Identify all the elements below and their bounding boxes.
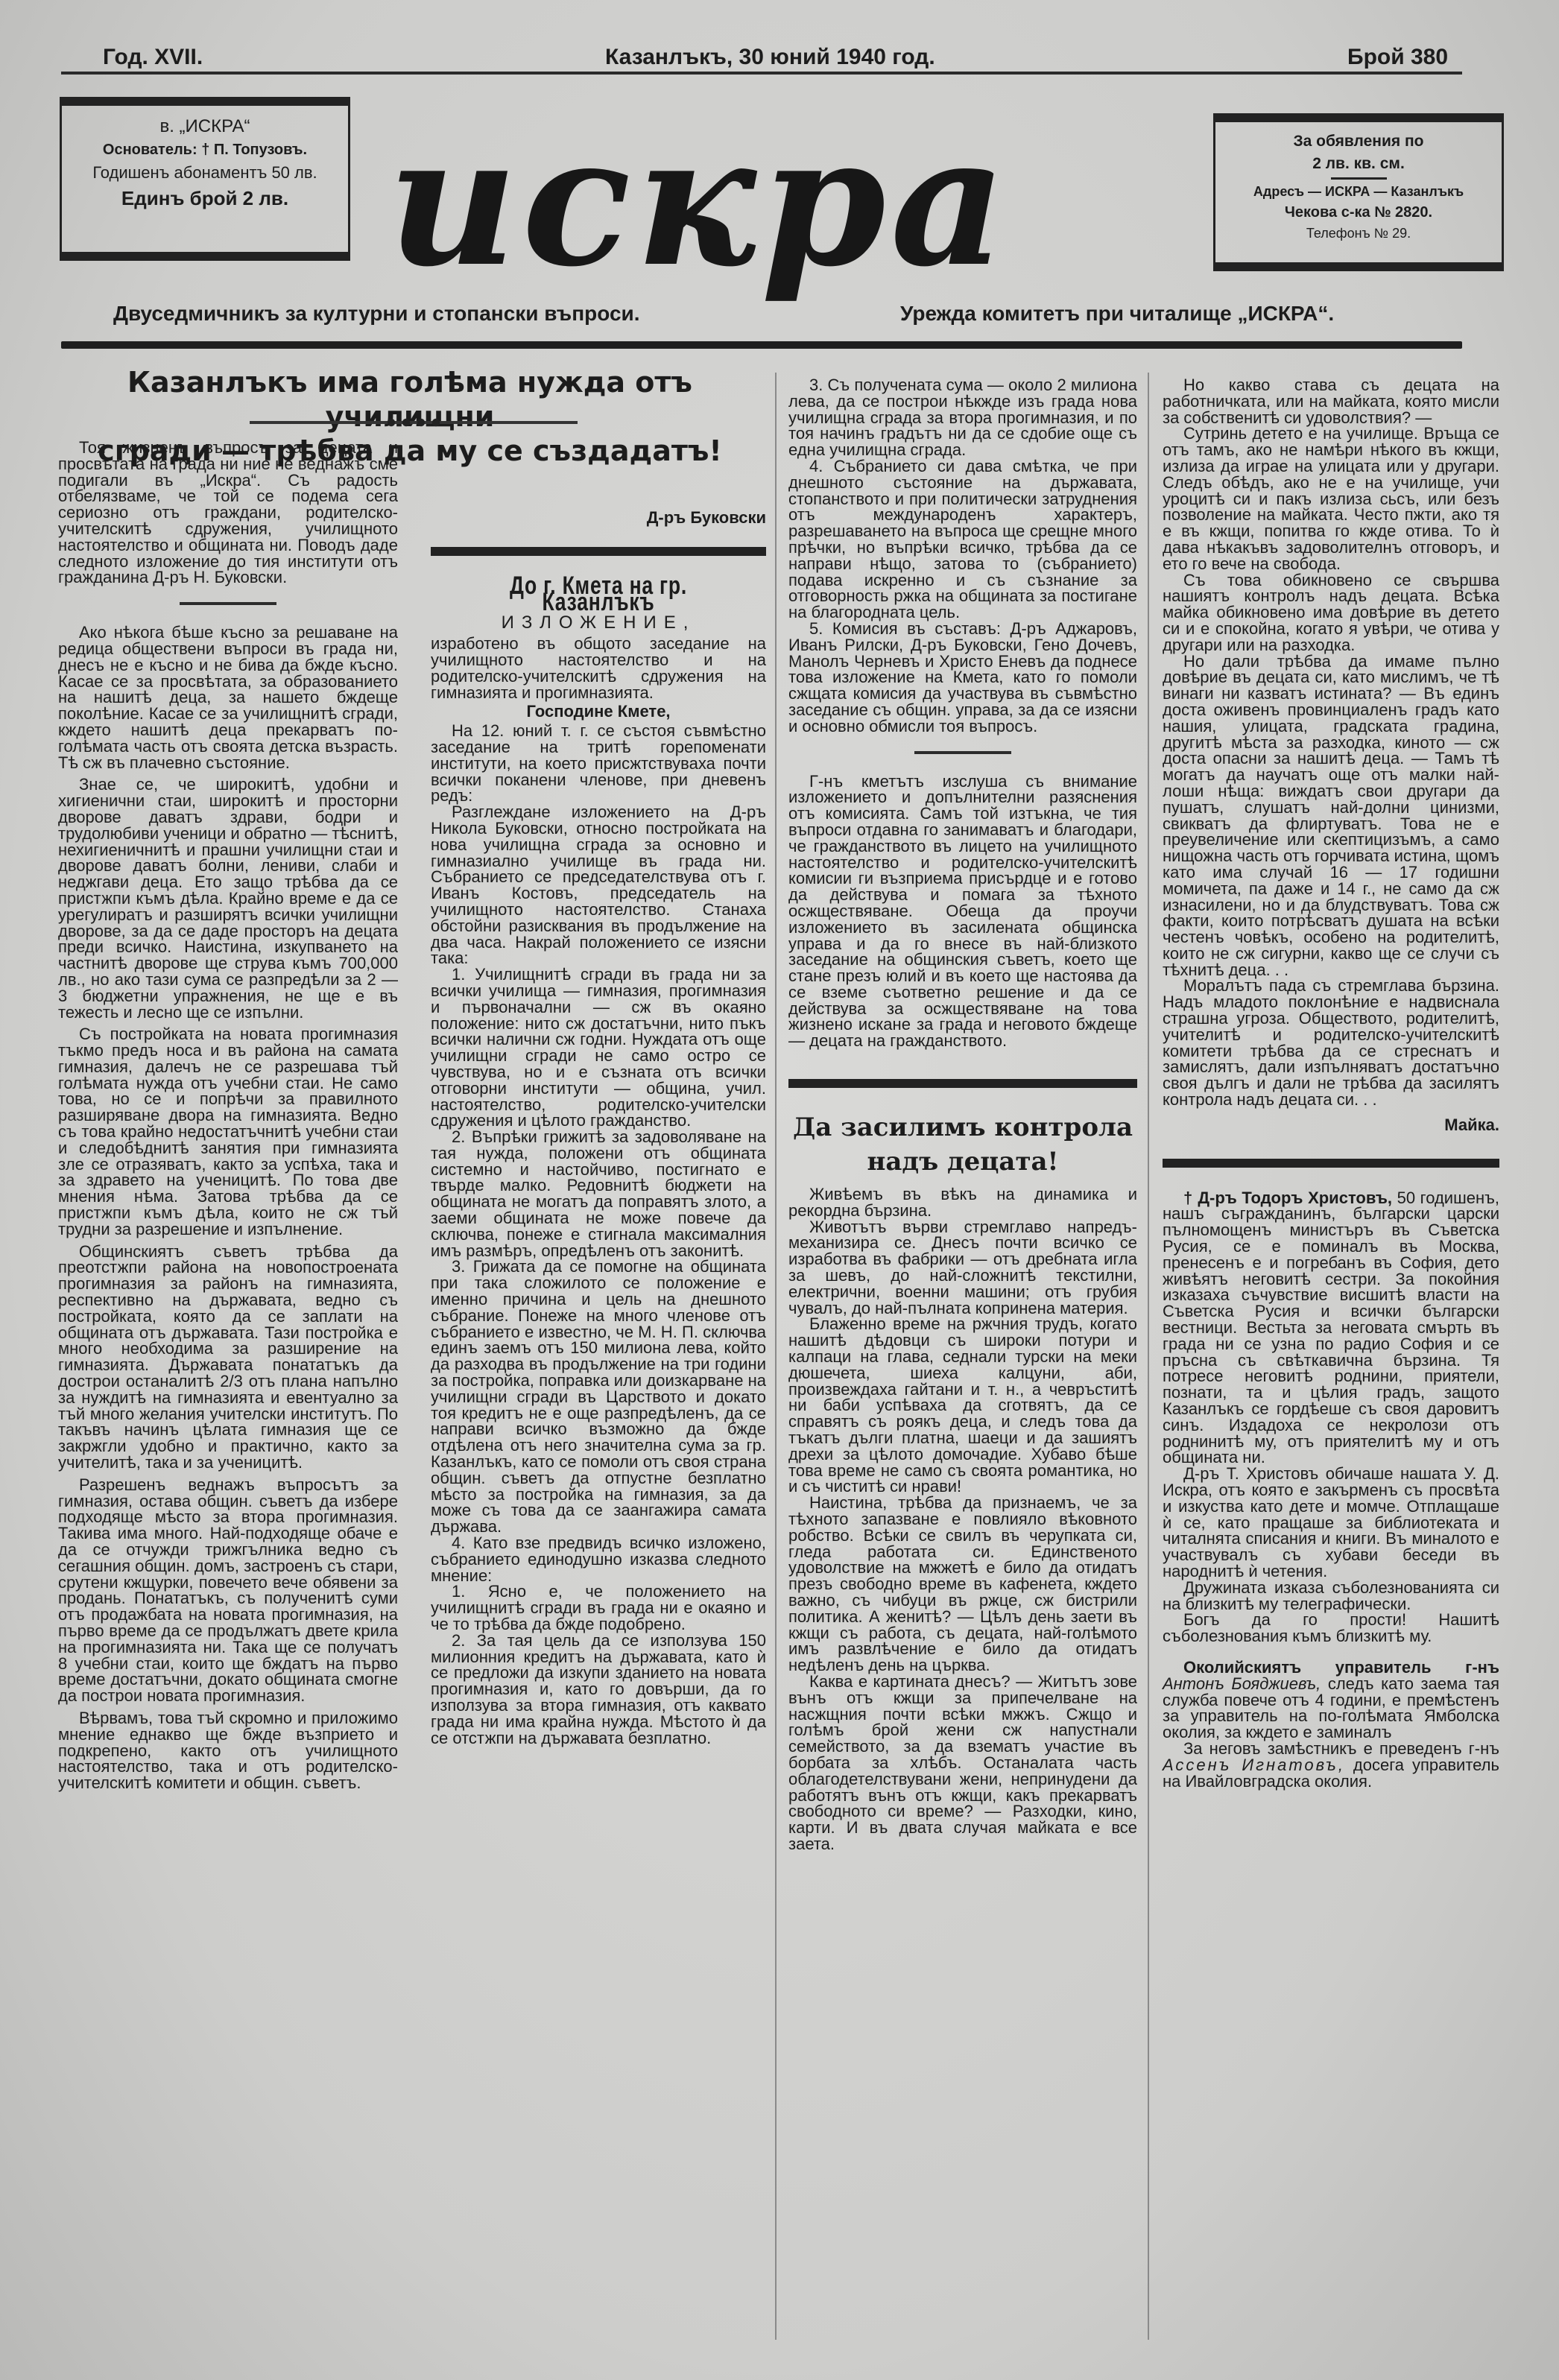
article2-paragraph: 3. Съ получената сума — около 2 милиона … (788, 377, 1137, 458)
newspaper-page: Год. XVII. Казанлъкъ, 30 юний 1940 год. … (0, 0, 1559, 2380)
article3-paragraph: Блаженно време на ржчния трудъ, когато н… (788, 1316, 1137, 1495)
article2-paragraph: 2. За тая цель да се използува 150 милио… (431, 1633, 766, 1747)
article3-title-line2: надъ децата! (788, 1145, 1137, 1179)
ad-rate-line1: За обявления по (1215, 133, 1502, 151)
article2-paragraph: 3. Грижата да се помогне на общината при… (431, 1259, 766, 1535)
obituary-paragraph: Дружината изказа съболезнованията си на … (1163, 1580, 1499, 1612)
column-2: Д-ръ Буковски До г. Кмета на гр. Казанлъ… (431, 440, 766, 1746)
article1-intro: Тоя жизненъ въпросъ за децата и просвѣта… (58, 440, 398, 586)
article2-paragraph: На 12. юний т. г. се състоя съвмѣстно за… (431, 723, 766, 804)
article2-lead: изработено въ общото заседание на училищ… (431, 636, 766, 700)
masthead-subtitle-right: Урежда комитетъ при читалище „ИСКРА“. (900, 302, 1334, 326)
article3-title-line1: Да засилимъ контрола (788, 1110, 1137, 1145)
article1-paragraph: Вѣрвамъ, това тъй скромно и приложимо мн… (58, 1710, 398, 1791)
advertising-box: За обявления по 2 лв. кв. см. Адресъ — И… (1213, 113, 1504, 262)
masthead-subtitle-left: Двуседмичникъ за културни и стопански въ… (113, 302, 640, 326)
article1-paragraph: Съ постройката на новата прогимназия тък… (58, 1026, 398, 1237)
separator-rule (914, 751, 1011, 754)
year-label: Год. XVII. (103, 45, 203, 70)
article3-paragraph: Животътъ върви стремглаво напредъ-механи… (788, 1219, 1137, 1317)
phone: Телефонъ № 29. (1215, 226, 1502, 241)
section-rule (1163, 1159, 1499, 1168)
article3-paragraph: Но дали трѣбва да имаме пълно довѣрие въ… (1163, 653, 1499, 978)
annual-subscription: Годишенъ абонаментъ 50 лв. (62, 163, 348, 183)
article3-paragraph: Наистина, трѣбва да признаемъ, че за тѣх… (788, 1495, 1137, 1674)
article2-paragraph: 4. Като взе предвидъ всичко изложено, съ… (431, 1535, 766, 1583)
obituary-paragraph: Богъ да го прости! Нашитѣ съболезнования… (1163, 1612, 1499, 1645)
article2-paragraph: Разглеждане изложението на Д-ръ Никола Б… (431, 804, 766, 966)
article1-paragraph: Общинскиятъ съветъ трѣбва да преотстжпи … (58, 1244, 398, 1471)
article2-paragraph: 1. Училищнитѣ сгради въ града ни за всич… (431, 966, 766, 1129)
single-copy-price: Единъ брой 2 лв. (62, 187, 348, 210)
column-divider (1148, 373, 1149, 2340)
address: Адресъ — ИСКРА — Казанлъкъ (1215, 184, 1502, 200)
obituary-paragraph: Д-ръ Т. Христовъ обичаше нашата У. Д. Ис… (1163, 1466, 1499, 1580)
article2-paragraph: 4. Събранието си дава смѣтка, че при дне… (788, 458, 1137, 621)
article2-subtitle: ИЗЛОЖЕНИЕ, (431, 615, 766, 631)
article3-paragraph: Живѣемъ въ вѣкъ на динамика и рекордна б… (788, 1186, 1137, 1219)
article2-paragraph: 1. Ясно е, че положението на училищнитѣ … (431, 1583, 766, 1632)
article2-paragraph: 2. Въпрѣки грижитѣ за задоволяване на та… (431, 1129, 766, 1259)
section-rule (431, 547, 766, 556)
article3-title: Да засилимъ контрола надъ децата! (788, 1110, 1137, 1179)
paper-name: в. „ИСКРА“ (62, 116, 348, 137)
masthead-bottom-rule (61, 341, 1462, 349)
article1-paragraph: Знае се, че широкитѣ, удобни и хигиеничн… (58, 776, 398, 1020)
article3-paragraph: Каква е картината днесъ? — Житътъ зове в… (788, 1674, 1137, 1852)
article3-paragraph: Но какво става съ децата на работничката… (1163, 377, 1499, 425)
box-divider (1331, 177, 1387, 180)
dateline: Казанлъкъ, 30 юний 1940 год. (605, 45, 935, 70)
headline-ornament (250, 421, 578, 424)
column-1: Тоя жизненъ въпросъ за децата и просвѣта… (58, 440, 398, 1791)
obituary-paragraph: 50 годишенъ, нашъ съгражданинъ, българск… (1163, 1189, 1499, 1467)
column-3: 3. Съ получената сума — около 2 милиона … (788, 377, 1137, 1852)
article3-paragraph: Съ това обикновено се свършва нашиятъ ко… (1163, 572, 1499, 653)
article3-paragraph: Сутринь детето е на училище. Връща се от… (1163, 425, 1499, 572)
article2-paragraph: 5. Комисия въ съставъ: Д-ръ Аджаровъ, Ив… (788, 621, 1137, 735)
ad-rate-line2: 2 лв. кв. см. (1215, 155, 1502, 173)
article3-paragraph: Моралътъ пада съ стремглава бързина. Над… (1163, 978, 1499, 1107)
founder: Основатель: † П. Топузовъ. (62, 142, 348, 159)
article2-salutation: Господине Кмете, (431, 703, 766, 720)
article3-signature: Майка. (1163, 1117, 1499, 1133)
article1-paragraph: Разрешенъ веднажъ въпросътъ за гимназия,… (58, 1477, 398, 1704)
article2-title: До г. Кмета на гр. Казанлъкъ (468, 578, 730, 611)
separator-rule (180, 602, 276, 605)
masthead-logo: искра (388, 89, 954, 313)
article1-signature: Д-ръ Буковски (431, 510, 766, 526)
column-divider (775, 373, 777, 2340)
subscription-box: в. „ИСКРА“ Основатель: † П. Топузовъ. Го… (60, 97, 350, 252)
top-rule (61, 72, 1462, 75)
cheque-account: Чекова с-ка № 2820. (1215, 204, 1502, 221)
article1-paragraph: Ако нѣкога бѣше късно за решаване на ред… (58, 624, 398, 770)
article2-closing: Г-нъ кметътъ изслуша съ внимание изложен… (788, 773, 1137, 1050)
section-rule (788, 1079, 1137, 1088)
issue-number: Брой 380 (1347, 45, 1448, 70)
column-4: Но какво става съ децата на работничката… (1163, 377, 1499, 1789)
